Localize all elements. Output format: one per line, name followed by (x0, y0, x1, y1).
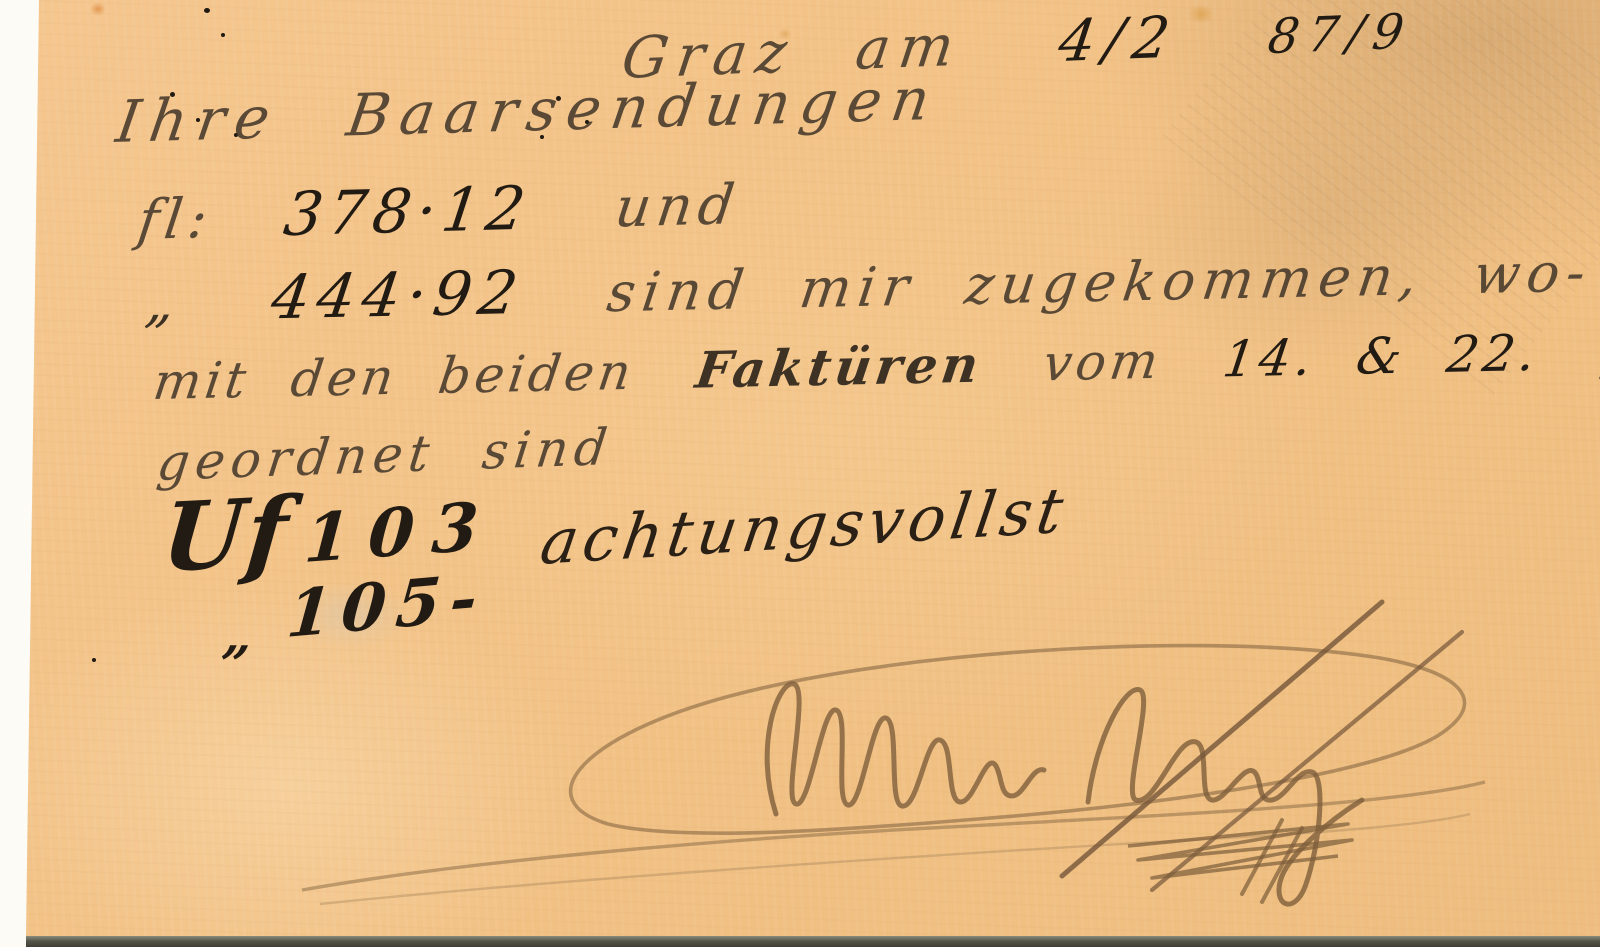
body-text-3c: posto (1597, 319, 1600, 380)
reference-number-1: 103 (302, 486, 499, 578)
reference-label: Uf (158, 477, 294, 594)
ink-speck (204, 8, 210, 13)
closing-line: achtungsvollst (536, 473, 1073, 579)
reference-number-2: 105- (284, 560, 490, 653)
postcard-scan: Graz am 4/2 87/9 Ihre Baarsendungen fl: … (0, 0, 1600, 947)
paper-stain (290, 580, 410, 650)
scan-edge-shadow (26, 936, 1600, 947)
ditto-mark: „ (142, 270, 186, 334)
paper-stain (1188, 4, 1214, 24)
word-faktueren: Faktüren (692, 334, 986, 399)
ink-speck (92, 658, 96, 662)
ink-speck (170, 92, 175, 97)
amount-line-1: fl: 378·12 und (134, 168, 745, 254)
body-line-3: mit den beiden Faktüren vom 14. & 22. po… (150, 318, 1600, 411)
signature-flourish (290, 588, 1540, 928)
postcard-paper: Graz am 4/2 87/9 Ihre Baarsendungen fl: … (0, 0, 1600, 936)
dateline-day: 4/2 (1055, 4, 1183, 75)
amount-1: 378·12 (280, 173, 535, 250)
conjunction: und (612, 172, 744, 239)
ink-speck (556, 96, 561, 101)
paper-stain (90, 2, 106, 16)
reference-ditto-mark: „ (220, 606, 257, 665)
dateline-place: Graz am (618, 13, 967, 92)
ink-speck (221, 33, 225, 37)
ink-speck (585, 120, 589, 124)
salutation-line: Ihre Baarsendungen (112, 65, 944, 156)
body-text-3a: mit den beiden (150, 343, 638, 411)
body-text-3b: vom (1040, 332, 1166, 393)
paper-stain (778, 28, 792, 40)
corner-smudge (1163, 0, 1600, 394)
ink-speck (540, 135, 544, 139)
ink-speck (234, 133, 238, 137)
currency-mark: fl: (134, 186, 217, 252)
body-line-4: geordnet sind (154, 418, 616, 492)
amount-2: 444·92 (267, 258, 529, 333)
ink-speck (196, 118, 200, 122)
signature (290, 588, 1540, 928)
